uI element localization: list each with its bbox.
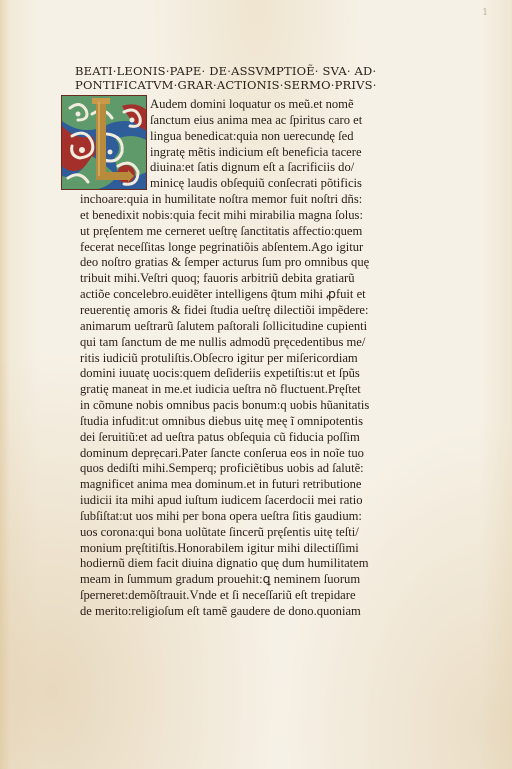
body-text: Audem domini loquatur os meũ.et nomẽ ſan… [80, 97, 460, 620]
text-line: reuerentię amoris & fidei ſtudia ueſtrę … [80, 303, 460, 319]
text-line: tribuit mihi.Veſtri quoq; fauoris arbitr… [80, 271, 460, 287]
text-line: minicę laudis obſequiũ conſecrati põtifi… [80, 176, 460, 192]
text-line: ſubſiſtat:ut uos mihi per bona opera ueſ… [80, 509, 460, 525]
text-line: ſperneret:demõſtrauit.Vnde et ſi neceſſa… [80, 588, 460, 604]
text-line: meam in ſummum gradum prouehit:ꝗ neminem… [80, 572, 460, 588]
text-line: lingua benedicat:quia non uerecundę ſed [80, 129, 460, 145]
text-line: fecerat neceſſitas longe pegrinatiõis ab… [80, 240, 460, 256]
text-line: monium pręſtitiſtis.Honorabilem igitur m… [80, 541, 460, 557]
text-line: de merito:religioſum eſt tamẽ gaudere de… [80, 604, 460, 620]
text-line: Audem domini loquatur os meũ.et nomẽ [80, 97, 460, 113]
text-line: domini iuuatę uocis:quem deſideriis expe… [80, 366, 460, 382]
text-line: et benedixit nobis:quia fecit mihi mirab… [80, 208, 460, 224]
folio-mark: 1 [482, 8, 488, 18]
heading-line-2: PONTIFICATVM·GRAR·ACTIONIS·SERMO·PRIVS· [75, 78, 435, 92]
text-line: ritis iudiciũ protuliſtis.Obſecro igitur… [80, 351, 460, 367]
text-line: animarum ueſtrarũ ſalutem paſtorali ſoll… [80, 319, 460, 335]
text-line: in cõmune nobis omnibus pacis bonum:q uo… [80, 398, 460, 414]
text-line: iudicii ita mihi apud iuſtum iudicem ſac… [80, 493, 460, 509]
text-line: qui tam ſanctum de me nullis admodũ pręc… [80, 335, 460, 351]
text-line: gratię maneat in me.et iudicia ueſtra nõ… [80, 382, 460, 398]
text-line: inchoare:quia in humilitate noſtra memor… [80, 192, 460, 208]
text-line: ut pręſentem me cerneret ueſtrę ſanctita… [80, 224, 460, 240]
text-line: quos dediſti mihi.Semperq; proficiẽtibus… [80, 461, 460, 477]
text-line: hodiernũ diem facit diuina dignatio quę … [80, 556, 460, 572]
text-line: ſtudia infudit:ut omnibus diebus uitę me… [80, 414, 460, 430]
rubric-heading: BEATI·LEONIS·PAPE· DE·ASSVMPTIOẼ· SVA· A… [75, 64, 435, 92]
text-line: ſanctum eius anima mea ac ſpiritus caro … [80, 113, 460, 129]
text-line: ingratę mẽtis indicium eſt beneficia tac… [80, 145, 460, 161]
text-line: diuina:et ſatis dignum eſt a ſacrificiis… [80, 160, 460, 176]
heading-line-1: BEATI·LEONIS·PAPE· DE·ASSVMPTIOẼ· SVA· A… [75, 64, 435, 78]
text-line: actiõe concelebro.euidẽter intelligens q… [80, 287, 460, 303]
text-line: dei ſeruitiũ:et ad ueſtra patus obſequia… [80, 430, 460, 446]
text-line: deo noſtro gratias & ſemper acturus ſum … [80, 255, 460, 271]
text-line: magnificet anima mea dominum.et in futur… [80, 477, 460, 493]
text-line: dominum deprẹcari.Pater ſancte conſerua … [80, 446, 460, 462]
text-line: uos corona:qui bona uolũtate ſincerũ prę… [80, 525, 460, 541]
manuscript-page: 1 BEATI·LEONIS·PAPE· DE·ASSVMPTIOẼ· SVA·… [0, 0, 512, 769]
